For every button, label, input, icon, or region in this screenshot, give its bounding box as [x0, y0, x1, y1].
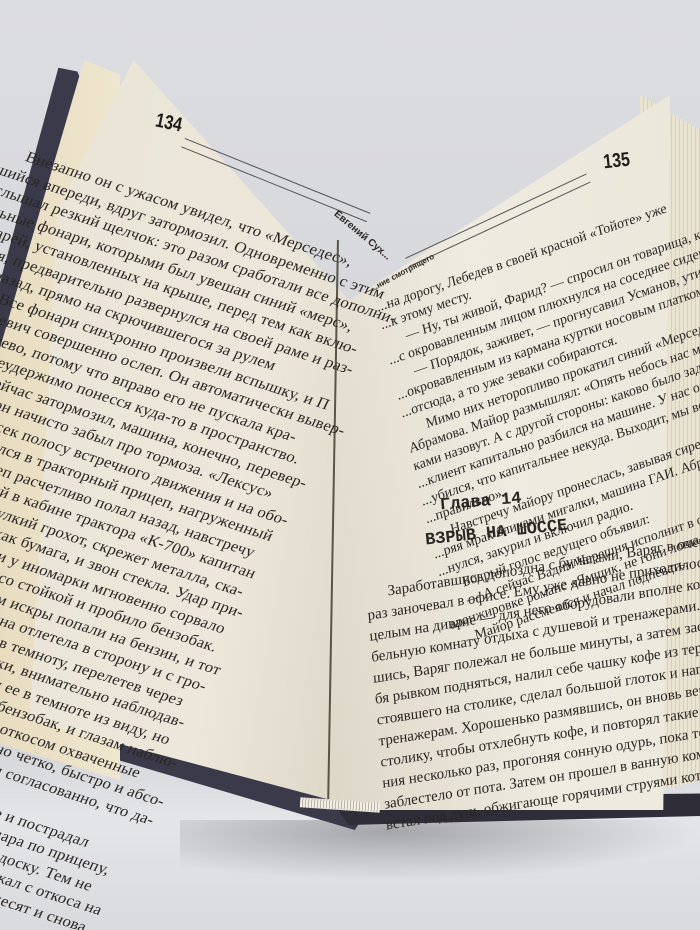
- right-page-number: 135: [602, 149, 631, 175]
- photo-scene: 134 Евгений Сух... Внезапно он с ужасом …: [0, 0, 700, 930]
- right-page-text-bottom: Заработавшись допоздна с бумагами, Варяг…: [365, 532, 700, 837]
- book-shadow: [180, 820, 700, 880]
